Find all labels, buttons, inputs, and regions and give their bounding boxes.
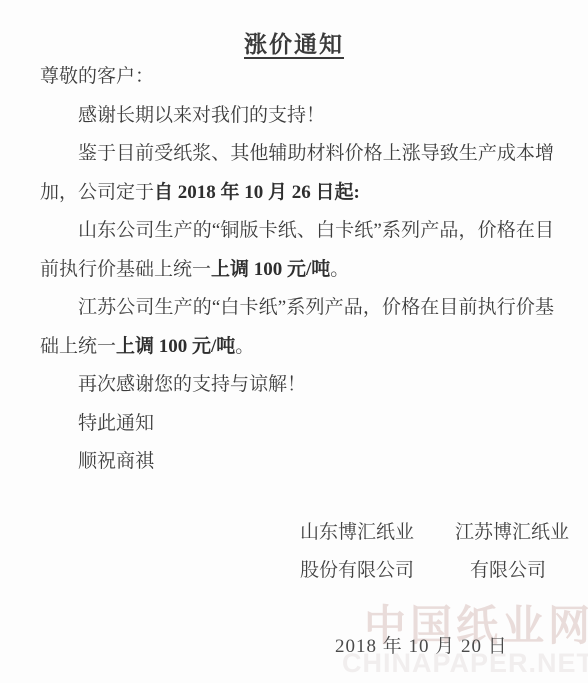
- document-title: 涨价通知: [0, 0, 588, 59]
- paragraph: 江苏公司生产的“白卡纸”系列产品，价格在目前执行价基础上统一上调 100 元/吨…: [40, 289, 554, 366]
- paragraph: 感谢长期以来对我们的支持！: [40, 97, 554, 136]
- paragraph-segment: 感谢长期以来对我们的支持！: [78, 105, 325, 126]
- paragraph-segment: 再次感谢您的支持与谅解！: [78, 374, 306, 395]
- document-title-text: 涨价通知: [244, 32, 344, 57]
- paragraph: 特此通知: [40, 405, 554, 444]
- paragraph-segment: 上调 100 元/吨: [116, 336, 235, 357]
- signature-company-jiangsu-suffix: 有限公司: [470, 555, 546, 582]
- signature-company-shandong-suffix: 股份有限公司: [300, 555, 414, 582]
- document-date: 2018 年 10 月 20 日: [335, 631, 508, 658]
- notice-document: 涨价通知 尊敬的客户： 感谢长期以来对我们的支持！ 鉴于目前受纸浆、其他辅助材料…: [0, 0, 588, 683]
- paragraph: 鉴于目前受纸浆、其他辅助材料价格上涨导致生产成本增加，公司定于自 2018 年 …: [40, 135, 554, 212]
- paragraph-segment: 。: [235, 336, 254, 357]
- paragraph-segment: 上调 100 元/吨: [211, 259, 330, 280]
- salutation-line: 尊敬的客户：: [40, 58, 554, 97]
- signature-company-shandong: 山东博汇纸业: [300, 517, 414, 544]
- paragraph-segment: 。: [330, 259, 349, 280]
- paragraph: 山东公司生产的“铜版卡纸、白卡纸”系列产品，价格在目前执行价基础上统一上调 10…: [40, 212, 554, 289]
- signature-company-jiangsu: 江苏博汇纸业: [455, 517, 569, 544]
- paragraph-segment: 顺祝商祺: [78, 451, 154, 472]
- paragraph: 再次感谢您的支持与谅解！: [40, 366, 554, 405]
- paragraph: 顺祝商祺: [40, 443, 554, 482]
- paragraph-segment: 自 2018 年 10 月 26 日起:: [154, 182, 360, 203]
- paragraph-segment: 特此通知: [78, 413, 154, 434]
- document-body: 尊敬的客户： 感谢长期以来对我们的支持！ 鉴于目前受纸浆、其他辅助材料价格上涨导…: [40, 58, 554, 482]
